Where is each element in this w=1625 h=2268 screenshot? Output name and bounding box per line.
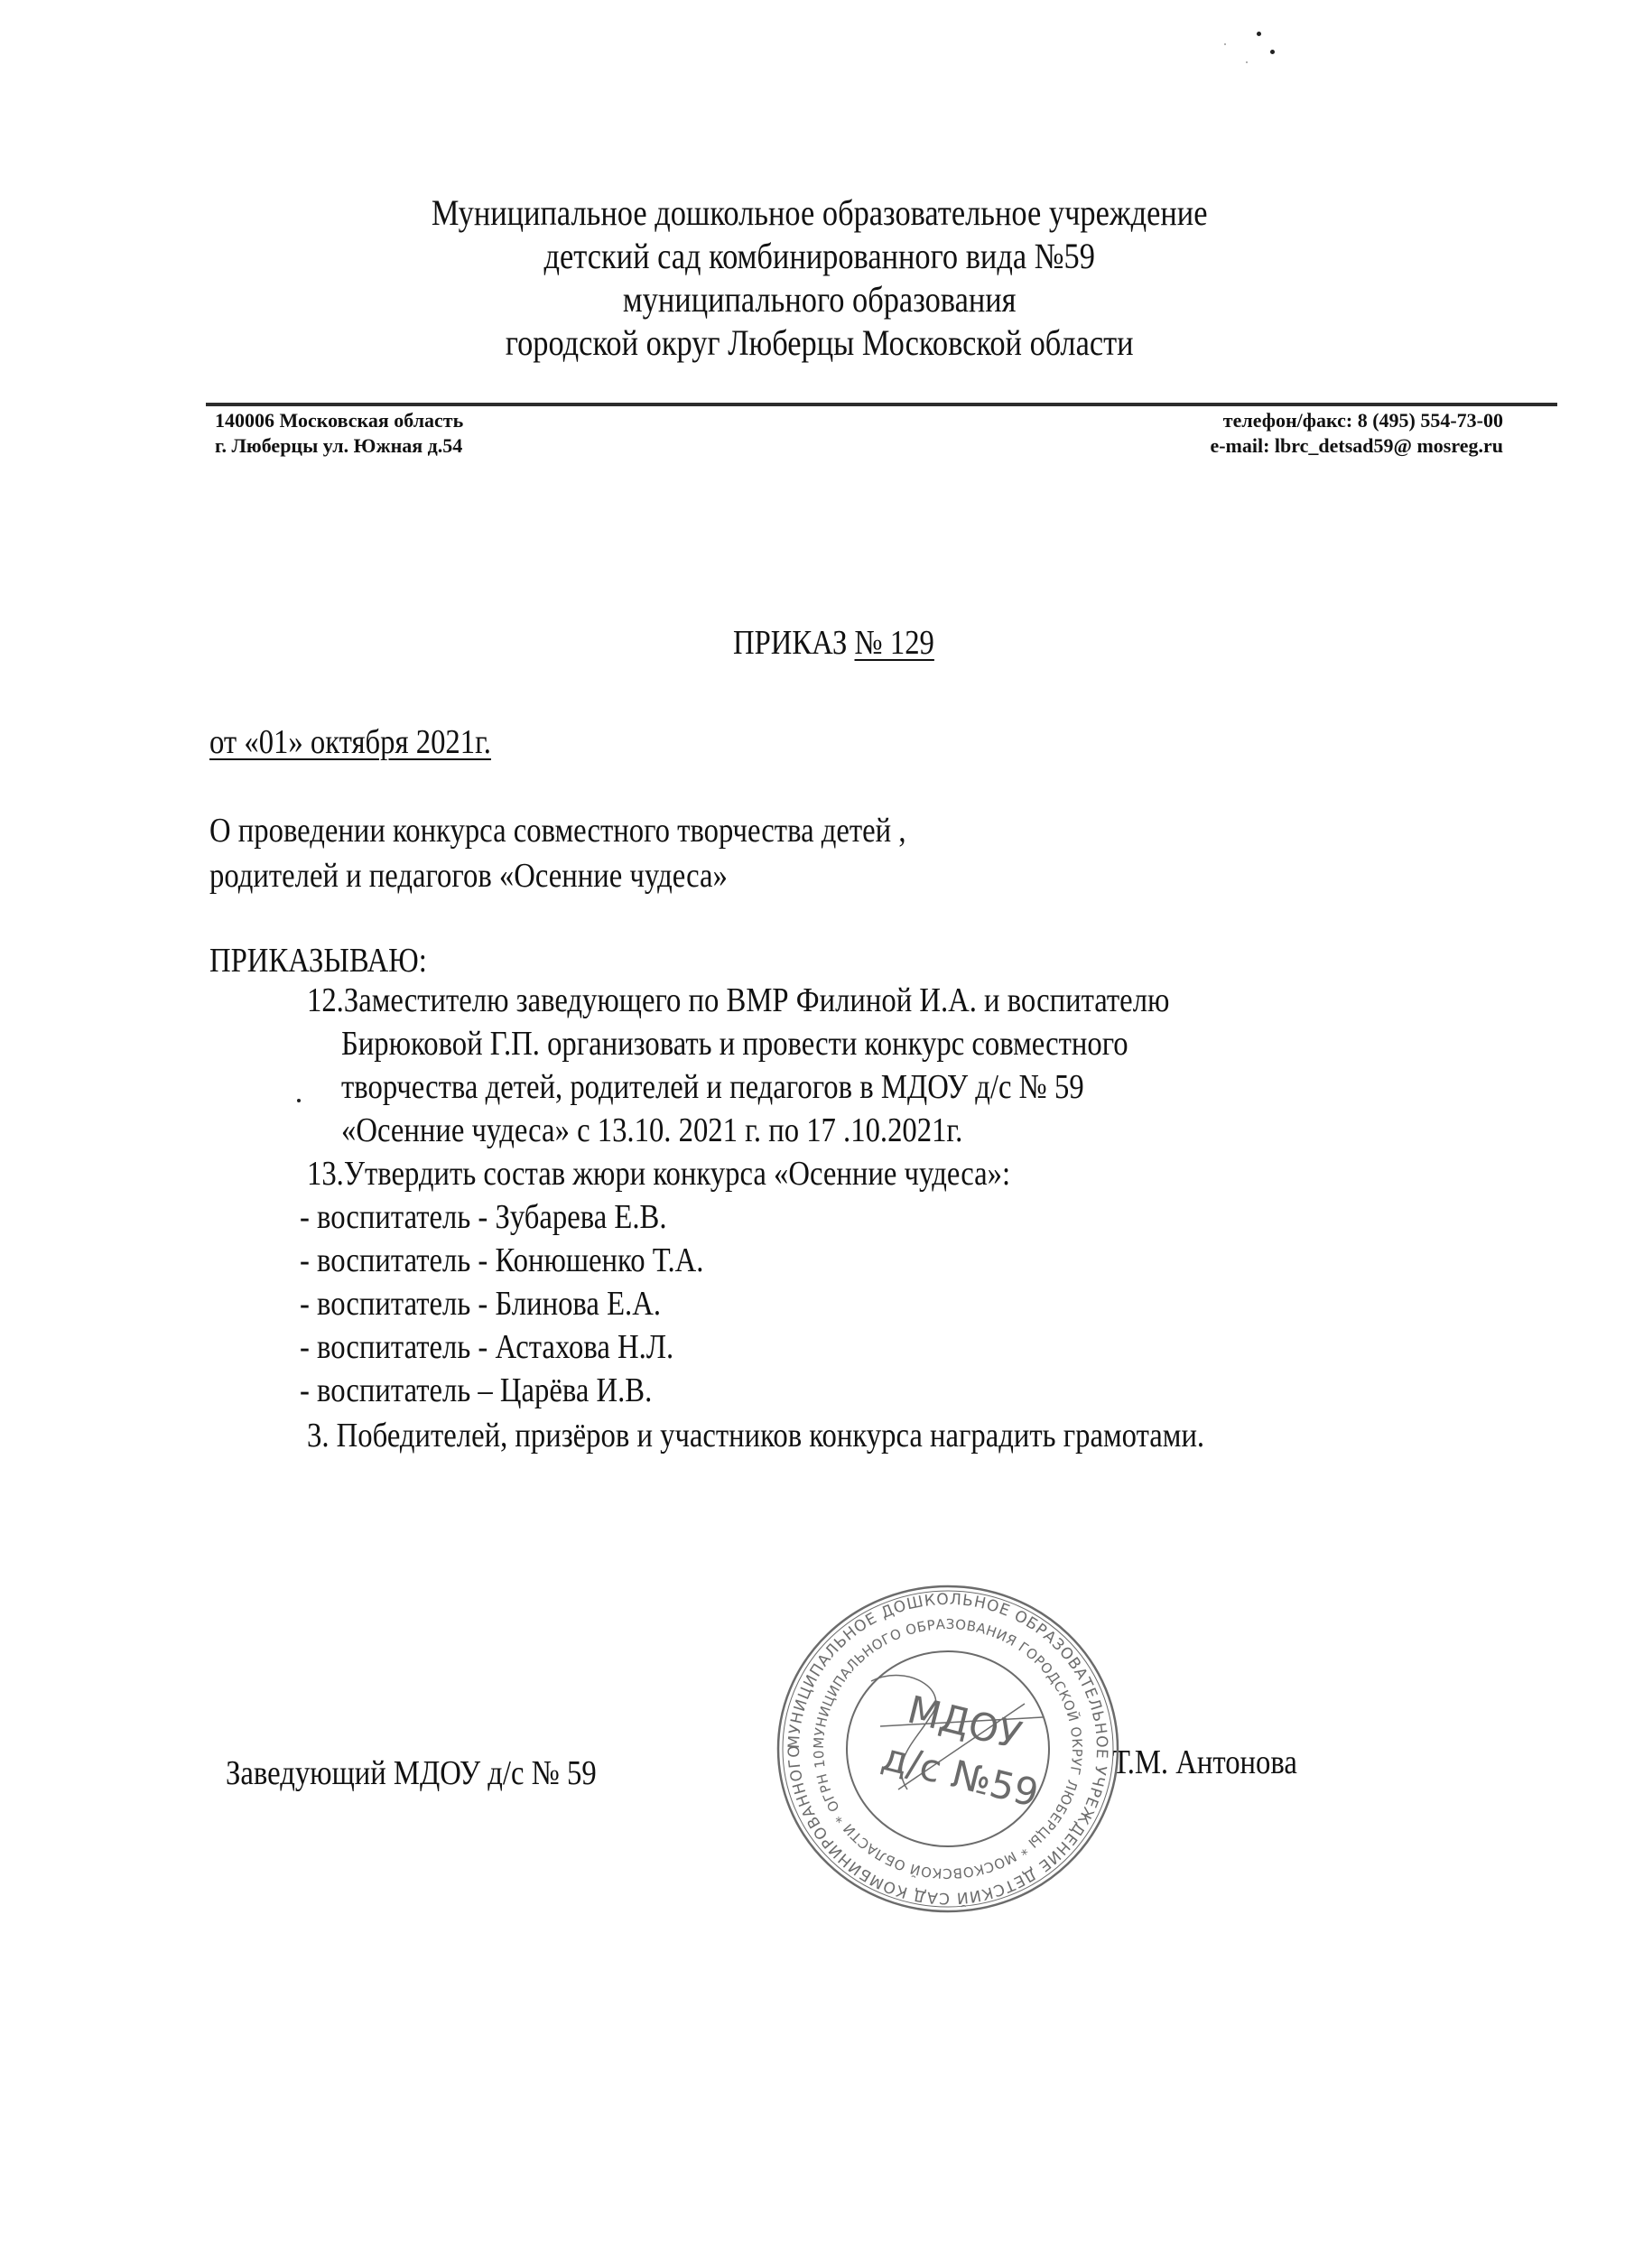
official-stamp: МУНИЦИПАЛЬНОЕ ДОШКОЛЬНОЕ ОБРАЗОВАТЕЛЬНОЕ… [772,1582,1124,1916]
letterhead-line: Муниципальное дошкольное образовательное… [121,191,1518,235]
jury-member: - воспитатель – Царёва И.В. [300,1371,652,1410]
jury-member: - воспитатель - Конюшенко Т.А. [300,1241,703,1280]
order-item-1-cont: «Осенние чудеса» с 13.10. 2021 г. по 17 … [341,1111,962,1150]
letterhead-line: детский сад комбинированного вида №59 [121,235,1518,278]
scan-speck [1270,50,1275,54]
scan-speck [1224,43,1226,45]
order-item-3: 3. Победителей, призёров и участников ко… [307,1416,1204,1455]
letterhead-divider [206,403,1557,406]
letterhead-line: городской округ Люберцы Московской облас… [121,321,1518,365]
scan-speck [1257,32,1261,36]
signatory-position: Заведующий МДОУ д/с № 59 [226,1753,597,1793]
order-item-1-cont: Бирюковой Г.П. организовать и провести к… [341,1024,1128,1064]
order-number: № 129 [855,624,934,662]
scan-speck [297,1099,301,1102]
scan-speck [1246,61,1248,63]
order-item-1: 12.Заместителю заведующего по ВМР Филино… [307,981,1169,1020]
order-item-2: 13.Утвердить состав жюри конкурса «Осенн… [307,1154,1010,1194]
email: e-mail: lbrc_detsad59@ mosreg.ru [1210,433,1503,459]
order-subject-line: родителей и педагогов «Осенние чудеса» [209,856,728,896]
order-date: от «01» октября 2021г. [209,722,491,762]
jury-member: - воспитатель - Астахова Н.Л. [300,1327,673,1367]
order-directive: ПРИКАЗЫВАЮ: [209,941,427,981]
letterhead-line: муниципального образования [121,278,1518,321]
jury-member: - воспитатель - Зубарева Е.В. [300,1197,666,1237]
stamp-seal-icon: МУНИЦИПАЛЬНОЕ ДОШКОЛЬНОЕ ОБРАЗОВАТЕЛЬНОЕ… [772,1582,1124,1916]
street-address: г. Люберцы ул. Южная д.54 [215,433,462,459]
order-title: ПРИКАЗ № 129 [733,623,934,663]
postal-address: 140006 Московская область [215,408,463,433]
jury-member: - воспитатель - Блинова Е.А. [300,1284,661,1324]
signatory-name: Т.М. Антонова [1112,1743,1297,1782]
order-item-1-cont: творчества детей, родителей и педагогов … [341,1067,1084,1107]
order-title-label: ПРИКАЗ [733,624,855,662]
phone-fax: телефон/факс: 8 (495) 554-73-00 [1223,408,1503,433]
order-subject-line: О проведении конкурса совместного творче… [209,811,906,850]
